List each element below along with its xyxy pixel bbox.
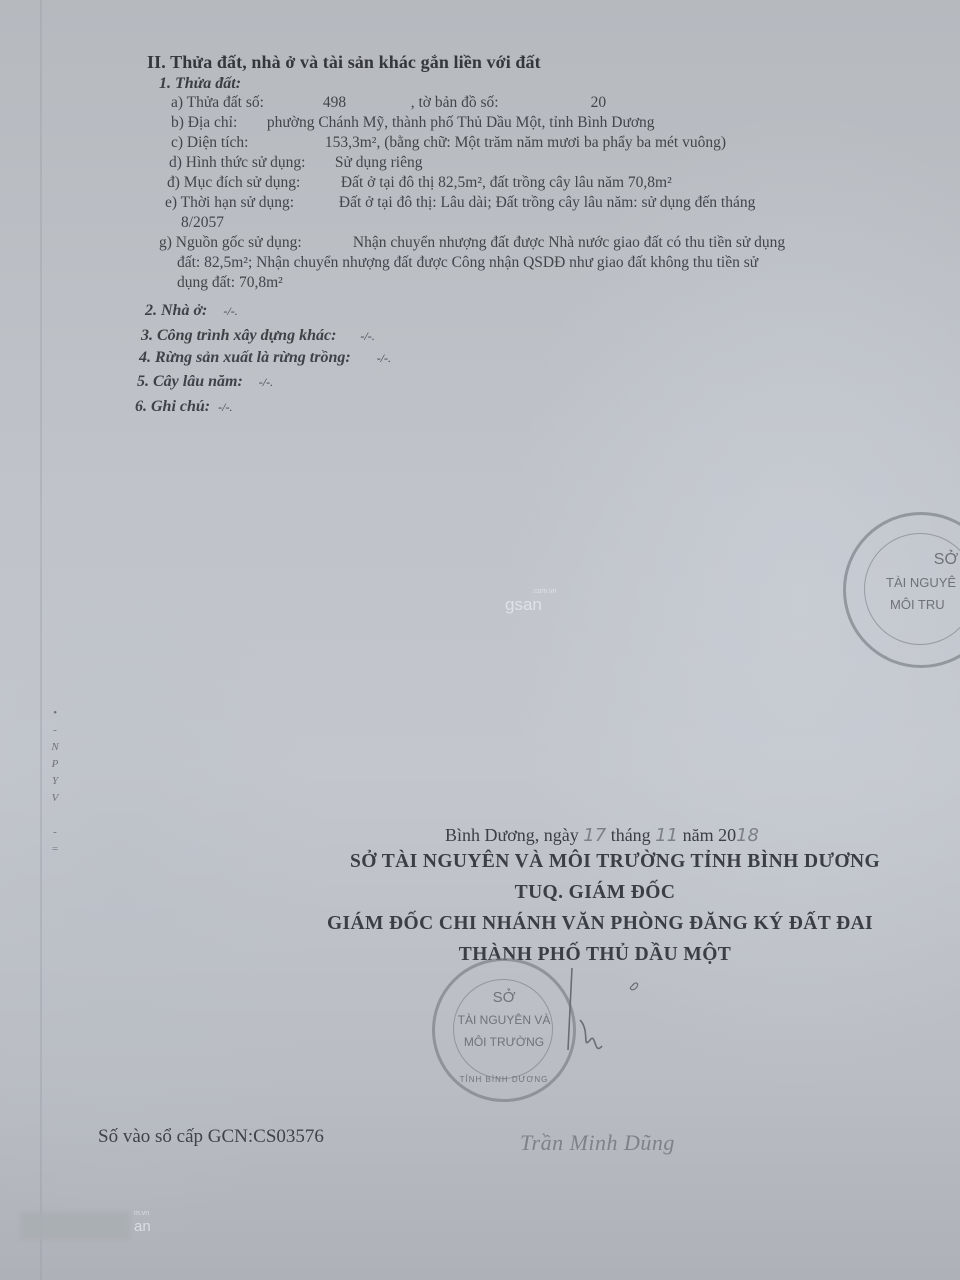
item-other-construction: 3. Công trình xây dựng khác:-/-. xyxy=(141,327,375,345)
term-label: e) Thời hạn sử dụng: xyxy=(165,193,335,213)
address-label: b) Địa chỉ: xyxy=(171,113,263,133)
parcel-row: a) Thửa đất số: 498 , tờ bản đồ số: 20 xyxy=(171,93,927,113)
item-house: 2. Nhà ở:-/-. xyxy=(145,302,238,320)
authorization-line: TUQ. GIÁM ĐỐC xyxy=(295,877,895,908)
parcel-number: 498 xyxy=(323,93,407,113)
land-heading: 1. Thửa đất: xyxy=(159,75,927,93)
origin-label: g) Nguồn gốc sử dụng: xyxy=(159,233,349,253)
watermark-sub: .com.vn xyxy=(532,588,557,595)
area-row: c) Diện tích: 153,3m², (bằng chữ: Một tr… xyxy=(171,133,927,153)
term-value: Đất ở tại đô thị: Lâu dài; Đất trồng cây… xyxy=(339,193,756,213)
page-edge xyxy=(40,0,42,1280)
official-stamp: SỞ TÀI NGUYÊN VÀ MÔI TRƯỜNG TỈNH BÌNH DƯ… xyxy=(432,958,576,1102)
usage-form-value: Sử dụng riêng xyxy=(335,153,423,173)
redacted-block xyxy=(20,1212,130,1240)
date-year: 18 xyxy=(736,825,759,846)
purpose-row: đ) Mục đích sử dụng: Đất ở tại đô thị 82… xyxy=(167,173,927,193)
authority-line: SỞ TÀI NGUYÊN VÀ MÔI TRƯỜNG TỈNH BÌNH DƯ… xyxy=(335,846,895,877)
parcel-label: a) Thửa đất số: xyxy=(171,93,319,113)
term-cont: 8/2057 xyxy=(181,213,927,233)
purpose-value: Đất ở tại đô thị 82,5m², đất trồng cây l… xyxy=(341,173,672,193)
watermark: gsan xyxy=(505,595,542,615)
map-number: 20 xyxy=(591,93,607,113)
address-row: b) Địa chỉ: phường Chánh Mỹ, thành phố T… xyxy=(171,113,927,133)
director-line: GIÁM ĐỐC CHI NHÁNH VĂN PHÒNG ĐĂNG KÝ ĐẤT… xyxy=(305,908,895,939)
date-month: 11 xyxy=(655,825,678,846)
item-perennial-trees: 5. Cây lâu năm:-/-. xyxy=(137,373,273,391)
origin-cont-2: dụng đất: 70,8m² xyxy=(177,273,927,293)
map-label: , tờ bản đồ số: xyxy=(411,93,587,113)
area-label: c) Diện tích: xyxy=(171,133,321,153)
origin-cont-1: đất: 82,5m²; Nhận chuyển nhượng đất được… xyxy=(177,253,927,273)
partial-stamp: SỞ TÀI NGUYÊ MÔI TRU xyxy=(843,512,960,668)
area-value: 153,3m², (bằng chữ: Một trăm năm mươi ba… xyxy=(325,133,726,153)
margin-marks: •-NPYV-= xyxy=(48,705,62,858)
usage-form-label: d) Hình thức sử dụng: xyxy=(169,153,331,173)
origin-row: g) Nguồn gốc sử dụng: Nhận chuyển nhượng… xyxy=(159,233,927,253)
signature-block: Bình Dương, ngày 17 tháng 11 năm 2018 SỞ… xyxy=(295,825,895,970)
usage-form-row: d) Hình thức sử dụng: Sử dụng riêng xyxy=(169,153,927,173)
signature-scribble xyxy=(560,960,650,1070)
corner-watermark-sub: m.vn xyxy=(134,1210,149,1217)
certificate-entry-number: Số vào sổ cấp GCN:CS03576 xyxy=(98,1126,324,1148)
item-planted-forest: 4. Rừng sản xuất là rừng trồng:-/-. xyxy=(139,349,391,367)
address-value: phường Chánh Mỹ, thành phố Thủ Dầu Một, … xyxy=(267,113,655,133)
origin-value: Nhận chuyển nhượng đất được Nhà nước gia… xyxy=(353,233,785,253)
land-section: II. Thửa đất, nhà ở và tài sản khác gắn … xyxy=(147,52,927,293)
signer-name: Trần Minh Dũng xyxy=(520,1130,675,1156)
date-day: 17 xyxy=(583,825,606,846)
section-title: II. Thửa đất, nhà ở và tài sản khác gắn … xyxy=(147,52,927,73)
item-notes: 6. Ghi chú:-/-. xyxy=(135,398,232,416)
issue-date: Bình Dương, ngày 17 tháng 11 năm 2018 xyxy=(445,825,895,846)
corner-watermark: an xyxy=(134,1218,151,1235)
term-row: e) Thời hạn sử dụng: Đất ở tại đô thị: L… xyxy=(165,193,927,213)
purpose-label: đ) Mục đích sử dụng: xyxy=(167,173,337,193)
